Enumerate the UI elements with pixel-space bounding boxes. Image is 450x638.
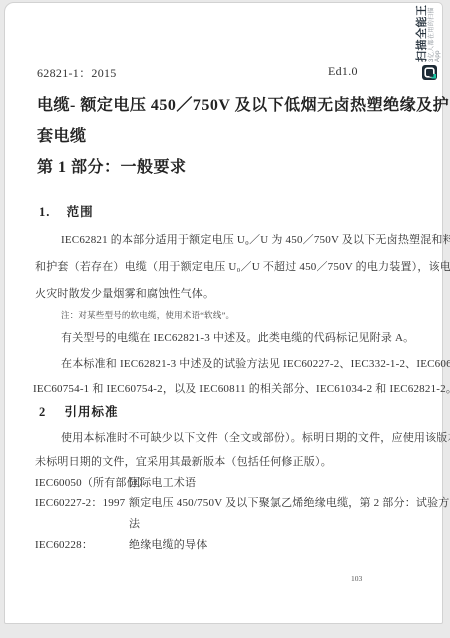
section2-title: 引用标准 <box>65 405 119 419</box>
scope-paragraph-line: IEC62821 的本部分适用于额定电压 U₀／U 为 450／750V 及以下… <box>61 231 450 247</box>
section2-number: 2 <box>39 405 46 419</box>
scanned-page: 扫描全能王 3亿人都在用的扫描App 62821-1：2015 Ed1.0 电缆… <box>4 2 443 624</box>
scope-note: 注：对某些型号的软电缆，使用术语“软线”。 <box>61 309 234 321</box>
section2-heading: 2 引用标准 <box>39 402 119 420</box>
reference-label: IEC60227-2：1997 <box>35 494 125 510</box>
reference-desc: 国际电工术语 <box>129 474 196 490</box>
reference-desc: 绝缘电缆的导体 <box>129 536 207 552</box>
doc-title-line2: 套电缆 <box>37 123 87 146</box>
edition-label: Ed1.0 <box>328 64 358 79</box>
section1-number: 1. <box>39 205 50 219</box>
scope-paragraph-line: IEC60754-1 和 IEC60754-2，以及 IEC60811 的相关部… <box>33 380 450 396</box>
watermark-tagline: 3亿人都在用的扫描App <box>429 2 441 62</box>
scope-paragraph-line: 和护套（若存在）电缆（用于额定电压 U₀／U 不超过 450／750V 的电力装… <box>35 258 450 274</box>
page-number: 103 <box>351 574 362 583</box>
scope-paragraph-line: 有关型号的电缆在 IEC62821-3 中述及。此类电缆的代码标记见附录 A。 <box>61 329 414 345</box>
references-intro-line: 使用本标准时不可缺少以下文件（全文或部份）。标明日期的文件，应使用该版本， <box>61 429 450 445</box>
reference-desc: 额定电压 450/750V 及以下聚氯乙烯绝缘电缆，第 2 部分：试验方 <box>129 494 450 510</box>
camscanner-watermark: 扫描全能王 3亿人都在用的扫描App <box>416 2 442 80</box>
reference-desc: 法 <box>129 515 140 531</box>
references-intro-line: 未标明日期的文件，宜采用其最新版本（包括任何修正版）。 <box>35 453 332 469</box>
reference-label: IEC60228： <box>35 536 93 552</box>
camscanner-logo-icon <box>422 65 437 80</box>
section1-heading: 1. 范围 <box>39 202 94 220</box>
doc-title-part: 第 1 部分：一般要求 <box>37 154 187 177</box>
doc-number: 62821-1：2015 <box>37 64 117 81</box>
scope-paragraph-line: 在本标准和 IEC62821-3 中述及的试验方法见 IEC60227-2、IE… <box>61 355 450 371</box>
section1-title: 范围 <box>67 205 94 219</box>
doc-title-line1: 电缆- 额定电压 450／750V 及以下低烟无卤热塑绝缘及护 <box>37 92 449 115</box>
watermark-app-name: 扫描全能王 <box>417 2 428 62</box>
scope-paragraph-line: 火灾时散发少量烟雾和腐蚀性气体。 <box>35 285 214 301</box>
